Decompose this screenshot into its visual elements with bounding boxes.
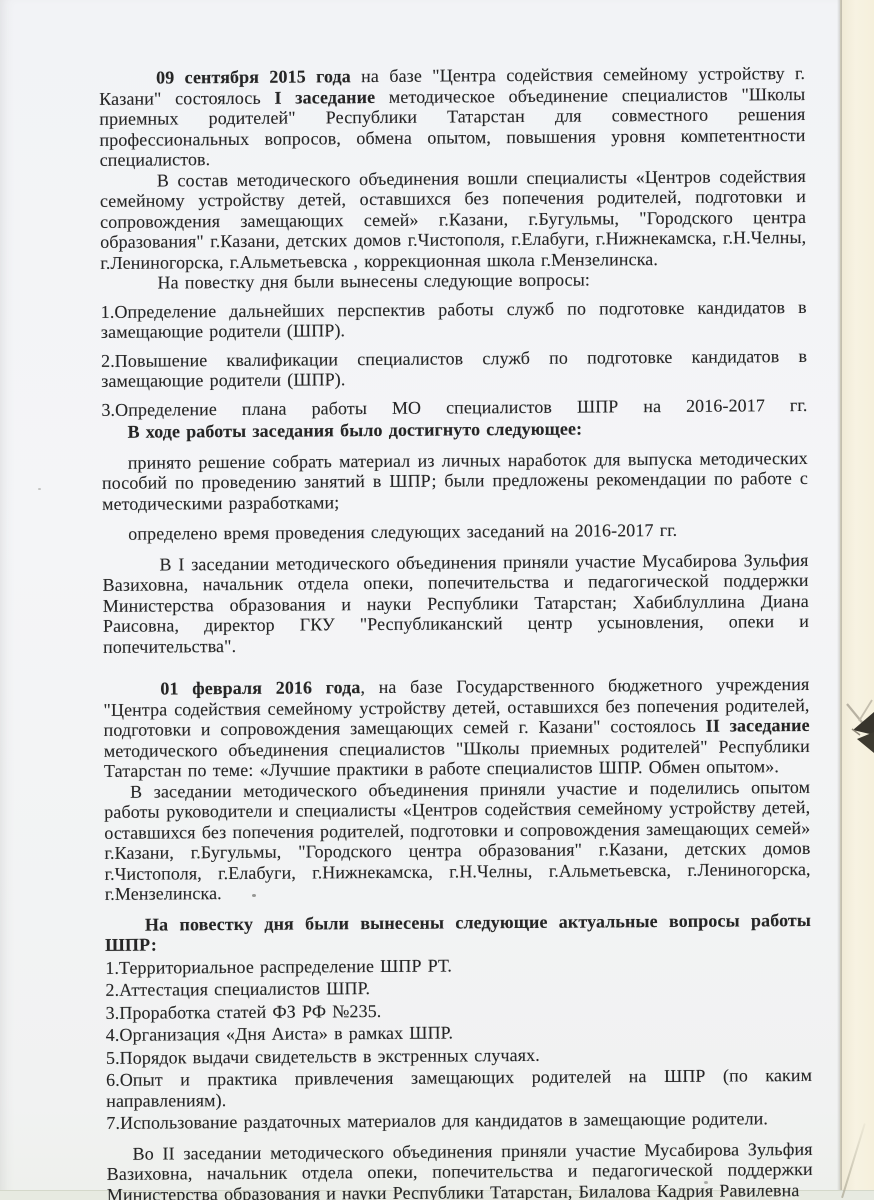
ink-mark: [844, 699, 874, 757]
paragraph-session1-intro: 09 сентября 2015 года на базе "Центра со…: [99, 63, 806, 170]
agenda2-item-7: 7.Использование раздаточных материалов д…: [106, 1108, 812, 1133]
paragraph-decision-1: принято решение собрать материал из личн…: [102, 447, 808, 513]
agenda2-heading-line2: ШПР:: [105, 935, 157, 955]
agenda2-item-1: 1.Территориальное распределение ШПР РТ.: [105, 952, 811, 977]
scanned-document-page: 09 сентября 2015 года на базе "Центра со…: [0, 0, 874, 1200]
agenda1-item-2: 2.Повышение квалификации специалистов сл…: [101, 345, 807, 391]
agenda2-item-2: 2.Аттестация специалистов ШПР.: [105, 975, 811, 1000]
agenda2-item-3: 3.Проработка статей ФЗ РФ №235.: [106, 997, 812, 1022]
text-run: методического объединения специалистов "…: [104, 735, 810, 780]
agenda2-heading: На повестку дня были вынесены следующие …: [105, 909, 811, 955]
agenda2-item-6: 6.Опыт и практика привлечения замещающих…: [106, 1065, 812, 1111]
date-session2: 01 февраля 2016 года: [160, 677, 360, 698]
session2-label: II заседание: [706, 715, 810, 736]
agenda2-heading-line1: На повестку дня были вынесены следующие …: [145, 909, 811, 934]
document-text-block: 09 сентября 2015 года на базе "Центра со…: [99, 63, 813, 1200]
paragraph-session1-participants: В I заседании методического объединения …: [102, 549, 809, 656]
agenda1-heading: На повестку дня были вынесены следующие …: [100, 268, 806, 293]
agenda2-item-6-line2: направлениям).: [106, 1090, 226, 1111]
scan-speck: [38, 488, 41, 490]
date-session1: 09 сентября 2015 года: [156, 66, 351, 87]
paragraph-members: В состав методического объединения вошли…: [100, 165, 807, 272]
agenda2-item-6-line1: 6.Опыт и практика привлечения замещающих…: [106, 1065, 812, 1090]
agenda2-item-5: 5.Порядок выдачи свидетельств в экстренн…: [106, 1042, 812, 1067]
paragraph-session2-intro: 01 февраля 2016 года, на базе Государств…: [103, 674, 810, 781]
paper-edge-band: [840, 0, 874, 1200]
paragraph-session2-participants: Во II заседании методического объединени…: [107, 1138, 813, 1200]
results-heading: В ходе работы заседания было достигнуто …: [101, 417, 807, 442]
agenda1-item-1: 1.Определение дальнейших перспектив рабо…: [101, 296, 807, 342]
agenda2-item-4: 4.Организация «Дня Аиста» в рамках ШПР.: [106, 1020, 812, 1045]
page-edge-shadow: [837, 0, 842, 1200]
agenda1-item-3: 3.Определение плана работы МО специалист…: [101, 394, 807, 419]
paragraph-session2-members: В заседании методического объединения пр…: [104, 776, 811, 904]
session1-label: I заседание: [274, 87, 375, 108]
paragraph-decision-2: определено время проведения следующих за…: [102, 519, 808, 544]
